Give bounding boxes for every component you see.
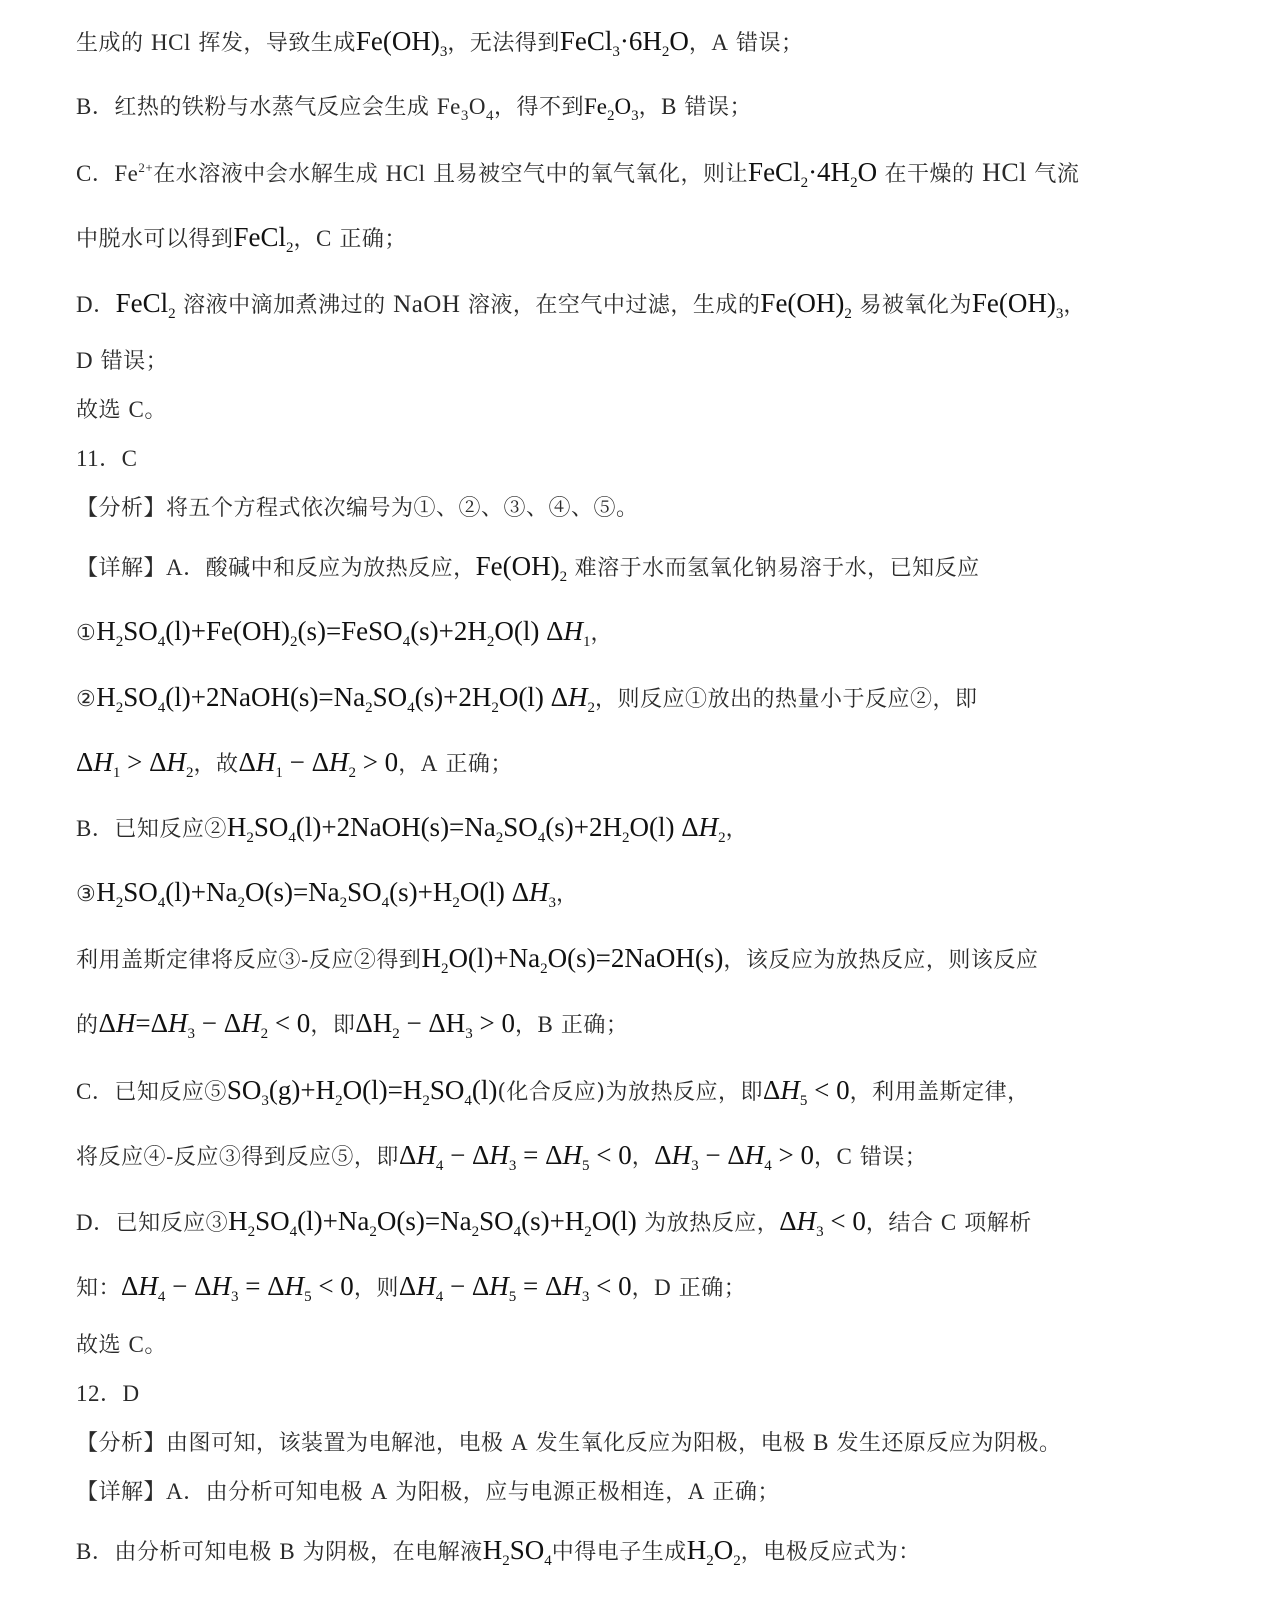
text-line-l01: 生成的 HCl 挥发，导致生成Fe(OH)3，无法得到FeCl3·6H2O，A … xyxy=(76,26,804,59)
text-line-l19: 将反应④-反应③得到反应⑤，即ΔH4 − ΔH3 = ΔH5 < 0，ΔH3 −… xyxy=(76,1140,927,1173)
text-line-l13: ΔH1 > ΔH2，故ΔH1 − ΔH2 > 0，A 正确； xyxy=(76,747,513,780)
text-line-l24: 【分析】由图可知，该装置为电解池，电极 A 发生氧化反应为阳极，电极 B 发生还… xyxy=(76,1428,1061,1459)
text-line-l15: ③H2SO4(l)+Na2O(s)=Na2SO4(s)+H2O(l) ΔH3， xyxy=(76,877,579,910)
text-line-l17: 的ΔH=ΔH3 − ΔH2 < 0，即ΔH2 − ΔH3 > 0，B 正确； xyxy=(76,1008,628,1041)
text-line-l09: 【分析】将五个方程式依次编号为①、②、③、④、⑤。 xyxy=(76,494,639,524)
text-line-l02: B．红热的铁粉与水蒸气反应会生成 Fe3O4，得不到Fe2O3，B 错误； xyxy=(76,92,752,123)
text-line-l12: ②H2SO4(l)+2NaOH(s)=Na2SO4(s)+2H2O(l) ΔH2… xyxy=(76,682,978,715)
text-line-l04: 中脱水可以得到FeCl2，C 正确； xyxy=(76,222,407,255)
text-line-l05: D．FeCl2 溶液中滴加煮沸过的 NaOH 溶液，在空气中过滤，生成的Fe(O… xyxy=(76,288,1086,321)
text-line-l03: C．Fe2+在水溶液中会水解生成 HCl 且易被空气中的氧气氧化，则让FeCl2… xyxy=(76,157,1079,190)
text-line-l26: B．由分析可知电极 B 为阴极，在电解液H2SO4中得电子生成H2O2，电极反应… xyxy=(76,1535,921,1568)
text-line-l18: C．已知反应⑤SO3(g)+H2O(l)=H2SO4(l)(化合反应)为放热反应… xyxy=(76,1075,1030,1108)
text-line-l20: D．已知反应③H2SO4(l)+Na2O(s)=Na2SO4(s)+H2O(l)… xyxy=(76,1206,1032,1239)
text-line-l07: 故选 C。 xyxy=(76,395,167,426)
text-line-l14: B．已知反应②H2SO4(l)+2NaOH(s)=Na2SO4(s)+2H2O(… xyxy=(76,812,748,845)
text-line-l16: 利用盖斯定律将反应③-反应②得到H2O(l)+Na2O(s)=2NaOH(s)，… xyxy=(76,943,1038,976)
text-line-l11: ①H2SO4(l)+Fe(OH)2(s)=FeSO4(s)+2H2O(l) ΔH… xyxy=(76,616,613,649)
text-line-l08: 11．C xyxy=(76,444,138,475)
text-line-l23: 12．D xyxy=(76,1379,140,1410)
text-line-l25: 【详解】A．由分析可知电极 A 为阳极，应与电源正极相连，A 正确； xyxy=(76,1477,780,1508)
text-line-l22: 故选 C。 xyxy=(76,1330,167,1361)
text-line-l10: 【详解】A．酸碱中和反应为放热反应，Fe(OH)2 难溶于水而氢氧化钠易溶于水，… xyxy=(76,551,980,584)
text-line-l21: 知：ΔH4 − ΔH3 = ΔH5 < 0，则ΔH4 − ΔH5 = ΔH3 <… xyxy=(76,1271,746,1304)
text-line-l06: D 错误； xyxy=(76,346,168,377)
